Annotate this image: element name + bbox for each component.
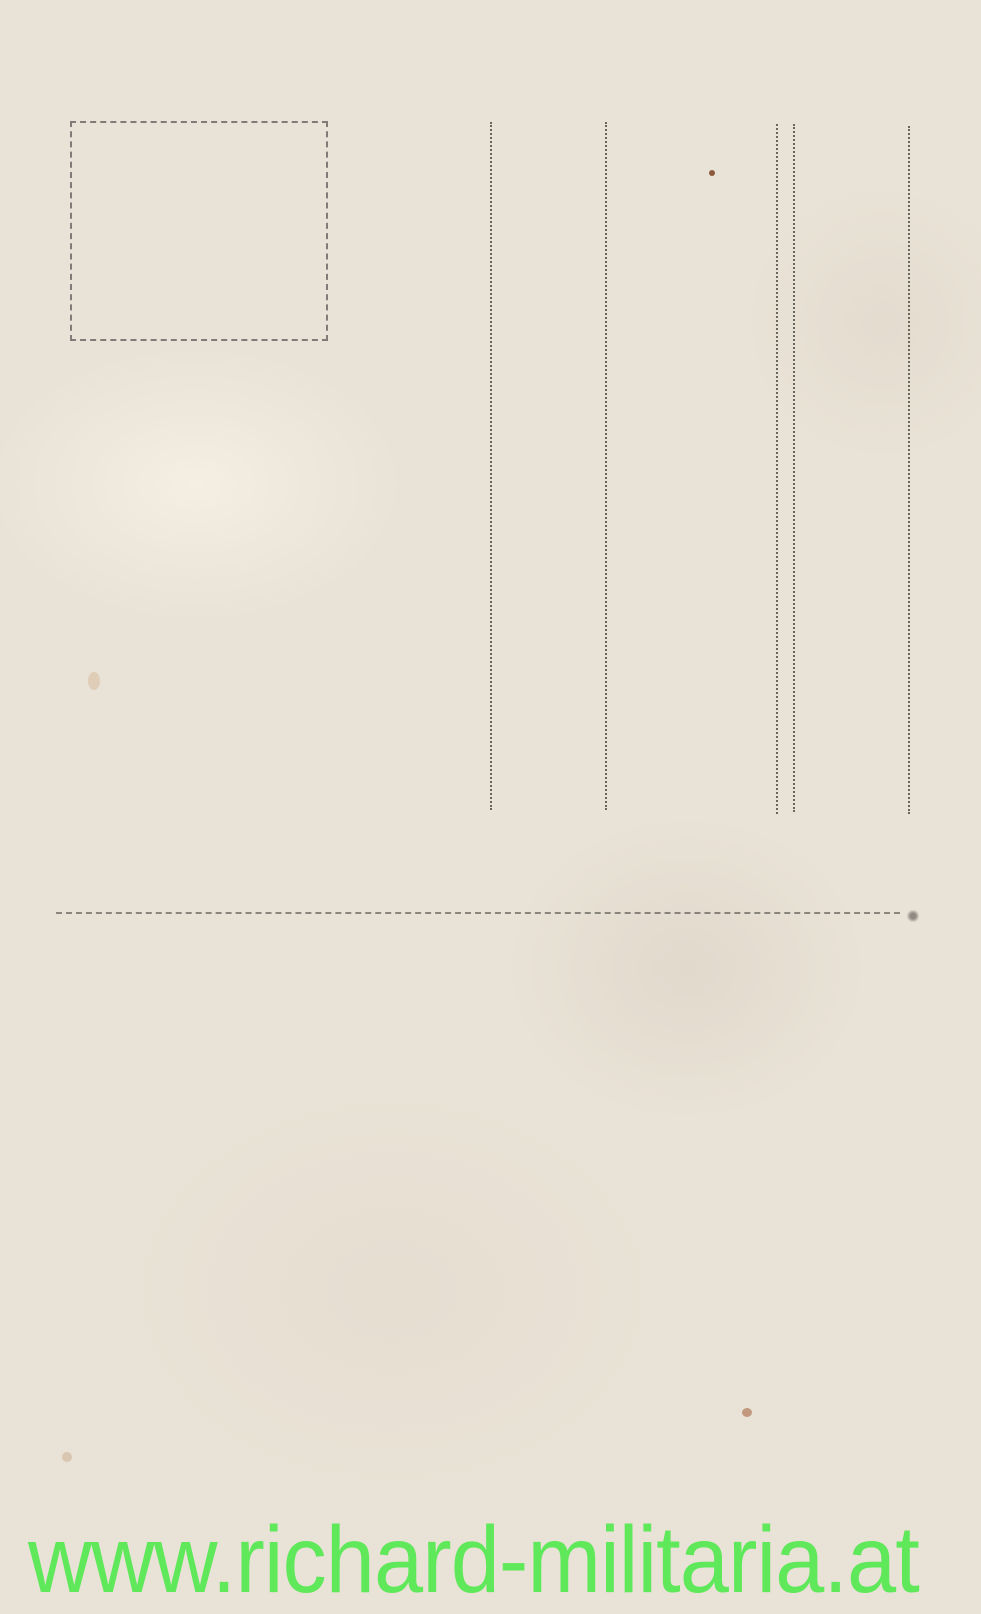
address-line-4: [793, 124, 795, 812]
foxing-spot: [62, 1452, 72, 1462]
printer-mark-icon: [906, 910, 920, 922]
postcard-back: www.richard-militaria.at: [0, 0, 981, 1614]
watermark-text: www.richard-militaria.at: [28, 1510, 902, 1610]
address-line-2: [605, 122, 607, 810]
stamp-placement-box: [70, 121, 328, 341]
foxing-spot: [88, 672, 100, 690]
foxing-spot: [709, 170, 715, 176]
address-line-3: [776, 124, 778, 814]
address-line-1: [490, 122, 492, 810]
divider-line: [56, 912, 900, 914]
address-line-5: [908, 126, 910, 814]
foxing-spot: [742, 1408, 752, 1417]
